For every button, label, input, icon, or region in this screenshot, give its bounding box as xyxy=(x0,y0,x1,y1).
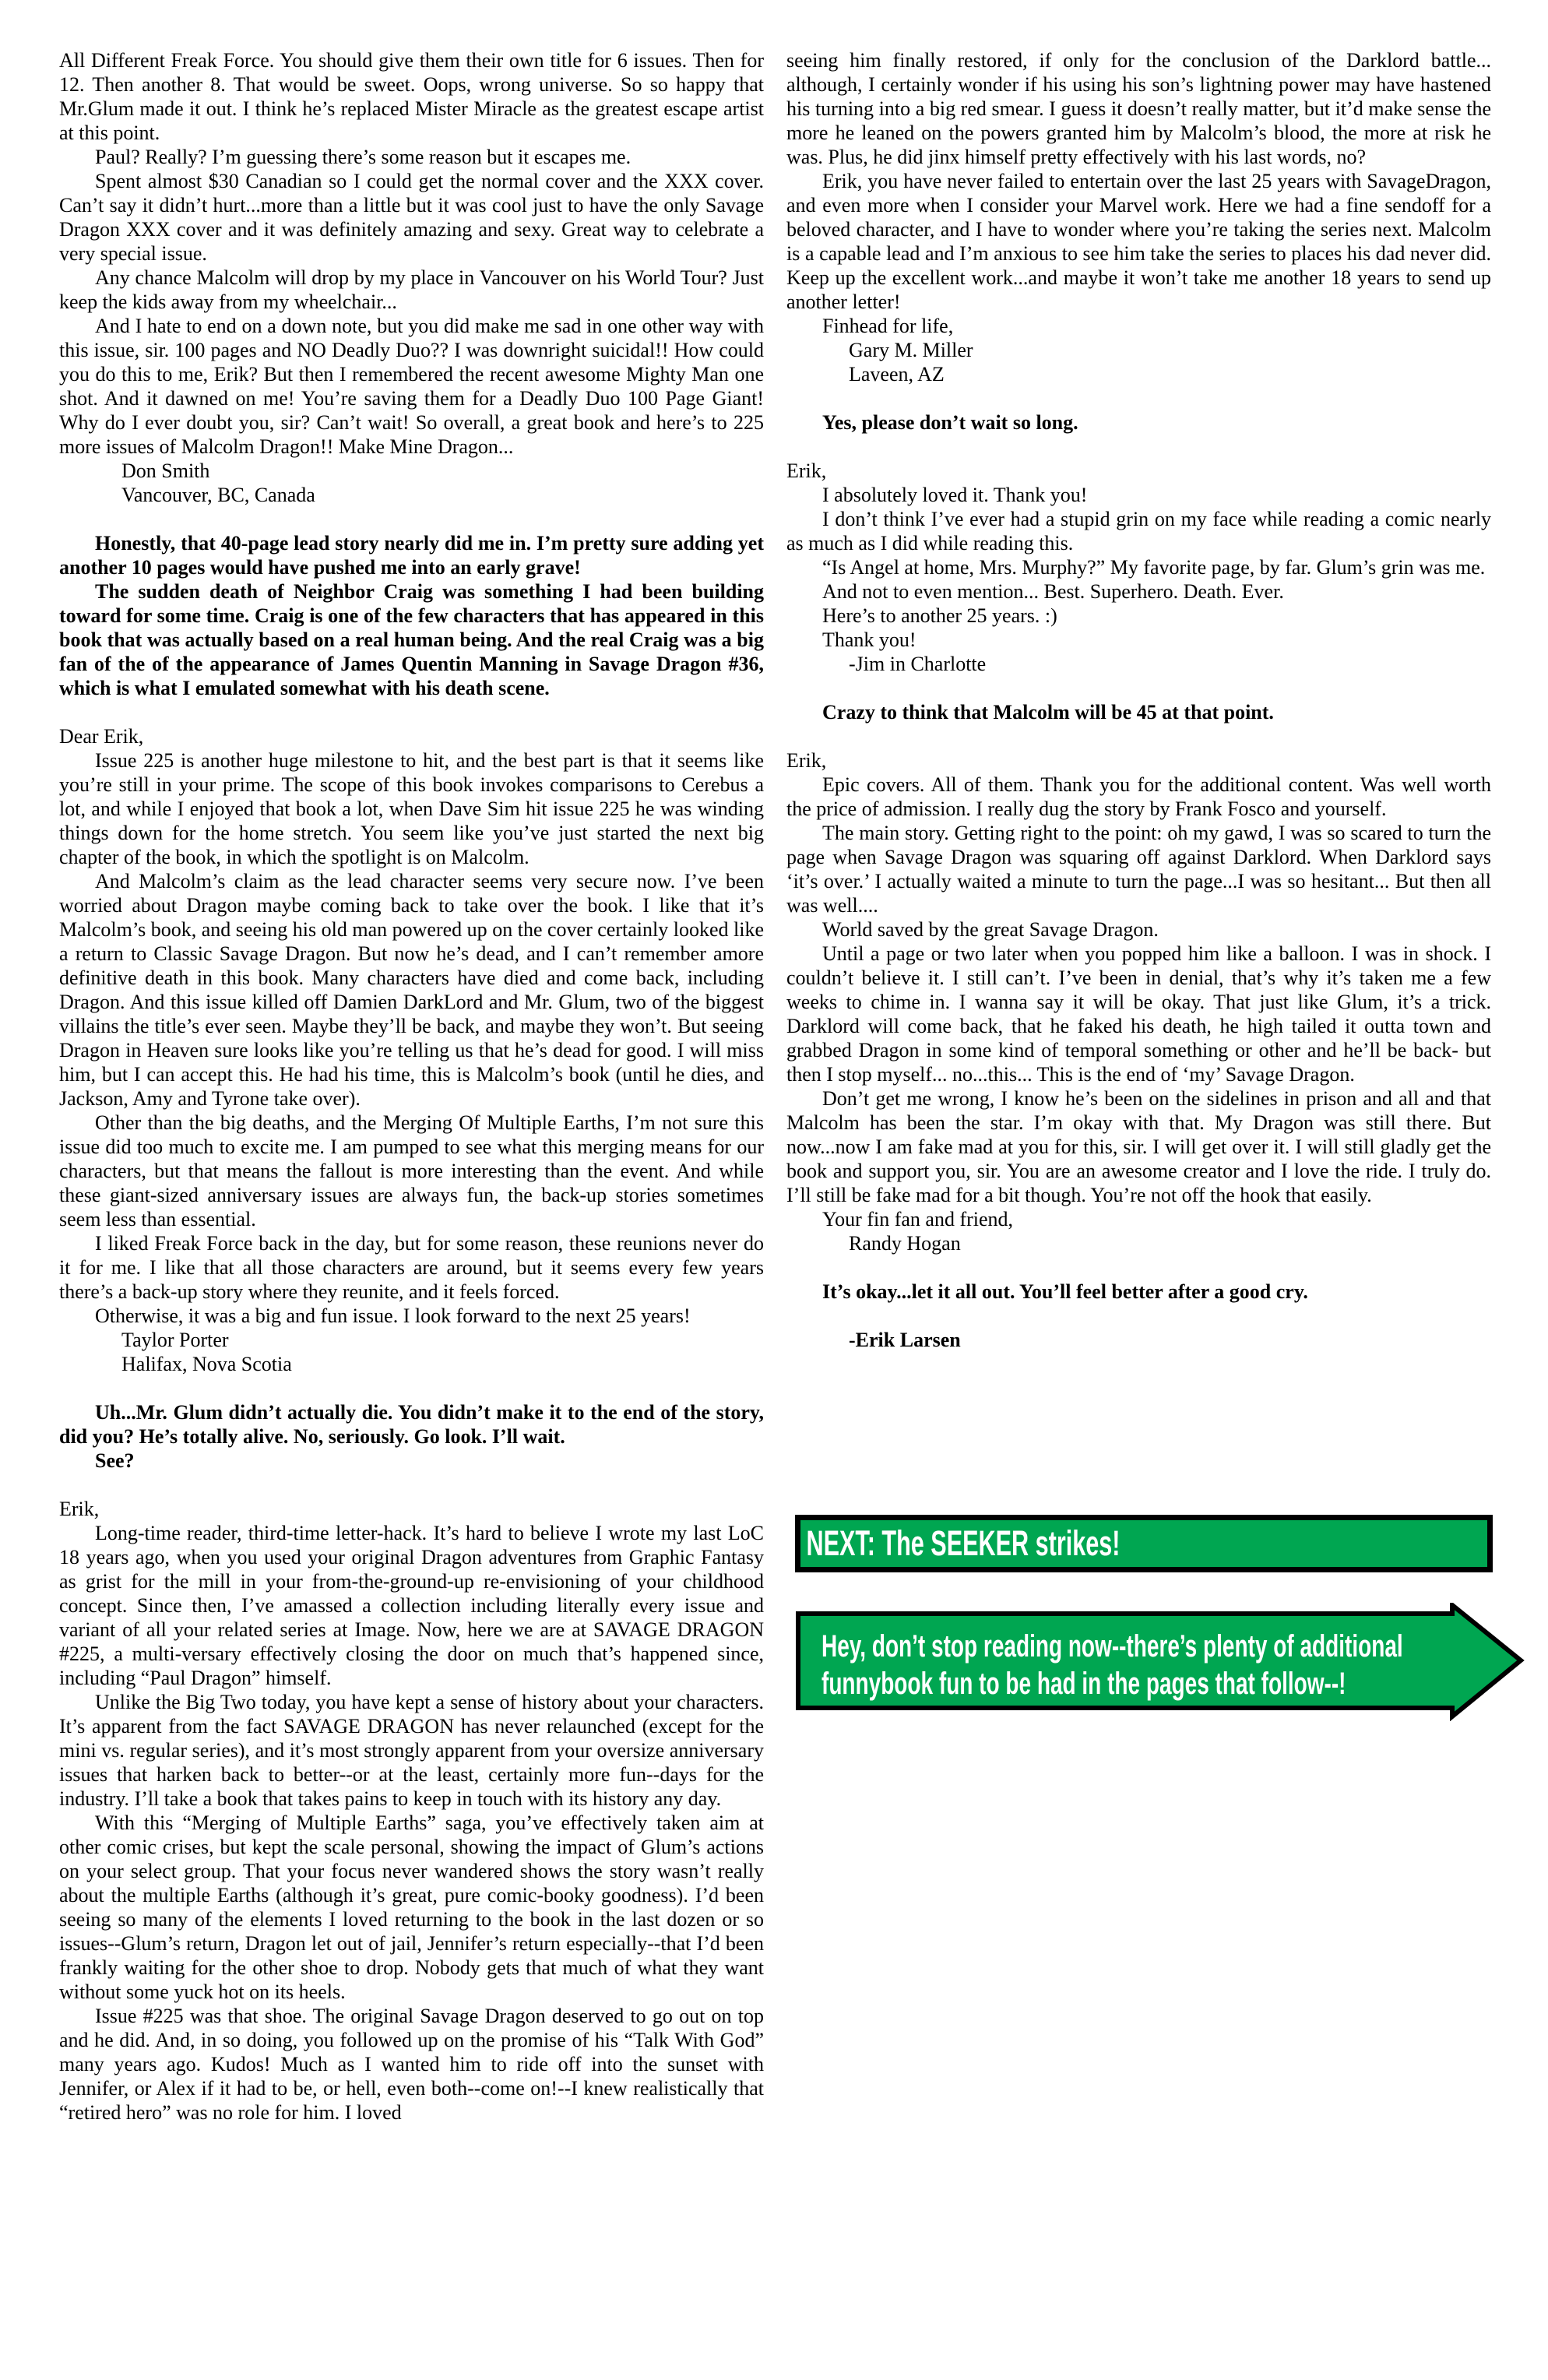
letter-paragraph: “Is Angel at home, Mrs. Murphy?” My favo… xyxy=(786,555,1491,579)
next-issue-banner: NEXT: The SEEKER strikes! xyxy=(795,1515,1493,1572)
letter-paragraph: Paul? Really? I’m guessing there’s some … xyxy=(59,145,764,169)
letter-paragraph: And Malcolm’s claim as the lead characte… xyxy=(59,869,764,1111)
letters-page: All Different Freak Force. You should gi… xyxy=(0,0,1548,2380)
column-gap xyxy=(786,1255,1491,1280)
letter-paragraph: Until a page or two later when you poppe… xyxy=(786,942,1491,1086)
letter-paragraph: Otherwise, it was a big and fun issue. I… xyxy=(59,1304,764,1328)
right-column: seeing him finally restored, if only for… xyxy=(786,48,1491,1352)
column-gap xyxy=(59,700,764,724)
arrow-banner-line-2: funnybook fun to be had in the pages tha… xyxy=(821,1665,1403,1702)
signature-line: Randy Hogan xyxy=(849,1231,1491,1255)
letter-paragraph: Thank you! xyxy=(786,628,1491,652)
signature-line: Taylor Porter xyxy=(121,1328,764,1352)
letter-paragraph: All Different Freak Force. You should gi… xyxy=(59,48,764,145)
signature-line: Halifax, Nova Scotia xyxy=(121,1352,764,1376)
next-issue-banner-text: NEXT: The SEEKER strikes! xyxy=(800,1523,1120,1564)
letter-paragraph: With this “Merging of Multiple Earths” s… xyxy=(59,1811,764,2004)
editor-reply: See? xyxy=(59,1449,764,1473)
letter-paragraph: Issue 225 is another huge milestone to h… xyxy=(59,748,764,869)
column-gap xyxy=(786,435,1491,459)
letter-paragraph: And not to even mention... Best. Superhe… xyxy=(786,579,1491,604)
column-gap xyxy=(786,724,1491,748)
letter-paragraph: Finhead for life, xyxy=(786,314,1491,338)
salutation: Erik, xyxy=(786,459,1491,483)
letter-paragraph: Any chance Malcolm will drop by my place… xyxy=(59,266,764,314)
letter-paragraph: seeing him finally restored, if only for… xyxy=(786,48,1491,169)
signature-line: -Jim in Charlotte xyxy=(849,652,1491,676)
letter-paragraph: Unlike the Big Two today, you have kept … xyxy=(59,1690,764,1811)
signature-line: Gary M. Miller xyxy=(849,338,1491,362)
column-gap xyxy=(59,507,764,531)
editor-reply: Uh...Mr. Glum didn’t actually die. You d… xyxy=(59,1400,764,1449)
editor-reply: Yes, please don’t wait so long. xyxy=(786,410,1491,435)
column-gap xyxy=(786,1304,1491,1328)
signature-line: Don Smith xyxy=(121,459,764,483)
signature-line: -Erik Larsen xyxy=(849,1328,1491,1352)
letter-paragraph: World saved by the great Savage Dragon. xyxy=(786,917,1491,942)
read-on-arrow-banner-text: Hey, don’t stop reading now--there’s ple… xyxy=(821,1628,1403,1702)
signature-line: Vancouver, BC, Canada xyxy=(121,483,764,507)
letter-paragraph: Epic covers. All of them. Thank you for … xyxy=(786,773,1491,821)
letter-paragraph: Other than the big deaths, and the Mergi… xyxy=(59,1111,764,1231)
salutation: Erik, xyxy=(786,748,1491,773)
letter-paragraph: I liked Freak Force back in the day, but… xyxy=(59,1231,764,1304)
editor-reply: The sudden death of Neighbor Craig was s… xyxy=(59,579,764,700)
letter-paragraph: Your fin fan and friend, xyxy=(786,1207,1491,1231)
editor-reply: It’s okay...let it all out. You’ll feel … xyxy=(786,1280,1491,1304)
salutation: Dear Erik, xyxy=(59,724,764,748)
column-gap xyxy=(786,386,1491,410)
salutation: Erik, xyxy=(59,1497,764,1521)
arrow-banner-line-1: Hey, don’t stop reading now--there’s ple… xyxy=(821,1628,1403,1665)
letter-paragraph: And I hate to end on a down note, but yo… xyxy=(59,314,764,459)
read-on-arrow-banner: Hey, don’t stop reading now--there’s ple… xyxy=(795,1603,1527,1721)
letter-paragraph: Don’t get me wrong, I know he’s been on … xyxy=(786,1086,1491,1207)
column-gap xyxy=(59,1376,764,1400)
letter-paragraph: Issue #225 was that shoe. The original S… xyxy=(59,2004,764,2125)
column-gap xyxy=(786,676,1491,700)
letter-paragraph: Long-time reader, third-time letter-hack… xyxy=(59,1521,764,1690)
letter-paragraph: The main story. Getting right to the poi… xyxy=(786,821,1491,917)
letter-paragraph: Here’s to another 25 years. :) xyxy=(786,604,1491,628)
letter-paragraph: Erik, you have never failed to entertain… xyxy=(786,169,1491,314)
left-column: All Different Freak Force. You should gi… xyxy=(59,48,764,2125)
letter-paragraph: I don’t think I’ve ever had a stupid gri… xyxy=(786,507,1491,555)
signature-line: Laveen, AZ xyxy=(849,362,1491,386)
editor-reply: Crazy to think that Malcolm will be 45 a… xyxy=(786,700,1491,724)
letter-paragraph: Spent almost $30 Canadian so I could get… xyxy=(59,169,764,266)
column-gap xyxy=(59,1473,764,1497)
editor-reply: Honestly, that 40-page lead story nearly… xyxy=(59,531,764,579)
letter-paragraph: I absolutely loved it. Thank you! xyxy=(786,483,1491,507)
